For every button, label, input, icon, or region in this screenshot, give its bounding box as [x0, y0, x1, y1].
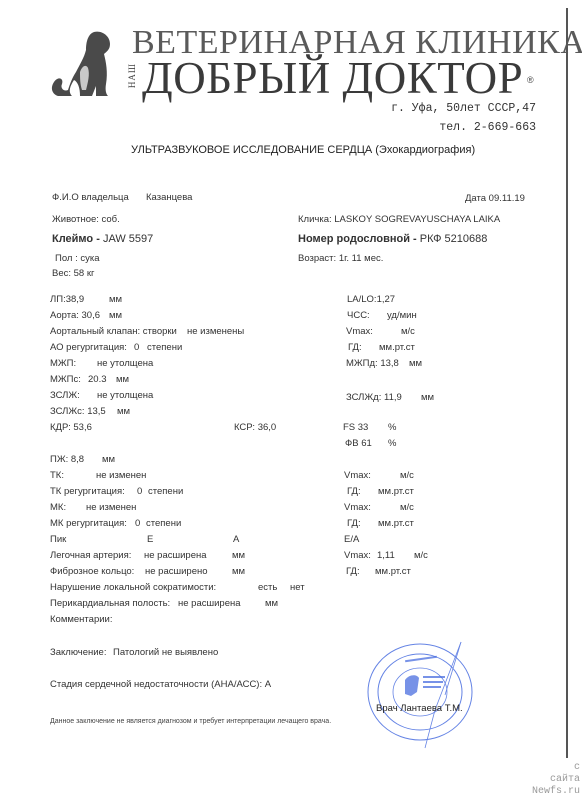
fv-value: ФВ 61 — [345, 438, 372, 449]
contract-yes: есть — [258, 582, 277, 593]
owner-value: Казанцева — [146, 192, 192, 203]
hr-label: ЧСС: — [347, 310, 370, 321]
hr-unit: уд/мин — [387, 310, 417, 321]
conclusion-label: Заключение: — [50, 647, 106, 658]
mzhpd-value: МЖПд: 13,8 — [346, 358, 399, 369]
brand-value: JAW 5597 — [103, 233, 153, 245]
mk-regurg-unit: степени — [146, 518, 181, 529]
zslzhs-unit: мм — [117, 406, 130, 417]
aortic-valve-value: не изменены — [187, 326, 244, 337]
document-title: УЛЬТРАЗВУКОВОЕ ИССЛЕДОВАНИЕ СЕРДЦА (Эхок… — [131, 144, 475, 156]
ao-regurg-value: 0 — [134, 342, 139, 353]
pzh-value: ПЖ: 8,8 — [50, 454, 84, 465]
fv-unit: % — [388, 438, 396, 449]
gd4-label: ГД: — [346, 566, 360, 577]
zslzhd-value: ЗСЛЖд: 11,9 — [346, 392, 402, 403]
la-lo-value: LA/LO:1,27 — [347, 294, 395, 305]
fk-label: Фиброзное кольцо: — [50, 566, 134, 577]
gd2-unit: мм.рт.ст — [378, 486, 414, 497]
vmax2-label: Vmax: — [344, 470, 371, 481]
watermark-line2: сайта — [550, 774, 580, 785]
ksr-value: КСР: 36,0 — [234, 422, 276, 433]
aorta-unit: мм — [109, 310, 122, 321]
gd2-label: ГД: — [347, 486, 361, 497]
conclusion-value: Патологий не выявлено — [113, 647, 218, 658]
clinic-address: г. Уфа, 50лет СССР,47 — [391, 102, 536, 115]
mk-label: МК: — [50, 502, 66, 513]
tk-regurg-unit: степени — [148, 486, 183, 497]
clinic-round-stamp-icon — [365, 640, 475, 750]
hf-stage: Стадия сердечной недостаточности (АНА/АС… — [50, 679, 271, 690]
dog-cat-silhouette-icon — [50, 28, 114, 100]
comments-label: Комментарии: — [50, 614, 112, 625]
pericard-label: Перикардиальная полость: — [50, 598, 170, 609]
ao-regurg-label: АО регургитация: — [50, 342, 127, 353]
kdr-value: КДР: 53,6 — [50, 422, 92, 433]
disclaimer: Данное заключение не является диагнозом … — [50, 718, 331, 725]
pericard-value: не расширена — [178, 598, 241, 609]
clinic-phone: тел. 2-669-663 — [439, 121, 536, 134]
zslzh-value: не утолщена — [97, 390, 153, 401]
mk-regurg-label: МК регургитация: — [50, 518, 127, 529]
vmax2-unit: м/с — [400, 470, 414, 481]
fk-value: не расширено — [145, 566, 208, 577]
vmax3-label: Vmax: — [344, 502, 371, 513]
pzh-unit: мм — [102, 454, 115, 465]
exam-date: Дата 09.11.19 — [465, 193, 525, 204]
brand-label: Клеймо - — [52, 233, 103, 245]
gd1-unit: мм.рт.ст — [379, 342, 415, 353]
watermark-line3: Newfs.ru — [532, 786, 580, 797]
mzhpd-unit: мм — [409, 358, 422, 369]
peak-e: E — [147, 534, 153, 545]
fs-value: FS 33 — [343, 422, 368, 433]
aorta-value: Аорта: 30,6 — [50, 310, 100, 321]
gd1-label: ГД: — [348, 342, 362, 353]
tk-value: не изменен — [96, 470, 146, 481]
mzhp-label: МЖП: — [50, 358, 76, 369]
pa-unit: мм — [232, 550, 245, 561]
lp-unit: мм — [109, 294, 122, 305]
pericard-unit: мм — [265, 598, 278, 609]
vmax1-label: Vmax: — [346, 326, 373, 337]
gd3-label: ГД: — [347, 518, 361, 529]
registered-mark: ® — [527, 75, 534, 85]
vmax4-unit: м/с — [414, 550, 428, 561]
age: Возраст: 1г. 11 мес. — [298, 253, 383, 264]
clinic-name-prefix: НАШ — [127, 63, 137, 88]
zslzhd-unit: мм — [421, 392, 434, 403]
contract-label: Нарушение локальной сократимости: — [50, 582, 216, 593]
gd3-unit: мм.рт.ст — [378, 518, 414, 529]
tk-regurg-value: 0 — [137, 486, 142, 497]
tk-label: ТК: — [50, 470, 64, 481]
zslzh-label: ЗСЛЖ: — [50, 390, 80, 401]
peak-label: Пик — [50, 534, 66, 545]
zslzhs-value: ЗСЛЖс: 13,5 — [50, 406, 106, 417]
vmax4-value: 1,11 — [377, 550, 395, 561]
mk-regurg-value: 0 — [135, 518, 140, 529]
vmax3-unit: м/с — [400, 502, 414, 513]
gd4-unit: мм.рт.ст — [375, 566, 411, 577]
ea-label: E/A — [344, 534, 359, 545]
brand-field: Клеймо - JAW 5597 — [52, 233, 153, 245]
sex: Пол : сука — [55, 253, 100, 264]
owner-label: Ф.И.О владельца — [52, 192, 129, 203]
mzhps-value: 20.3 — [88, 374, 107, 385]
clinic-name-line2: ДОБРЫЙ ДОКТОР — [142, 52, 523, 104]
pedigree-label: Номер родословной - — [298, 233, 420, 245]
doctor-signature: Врач Лантаева Т.М. — [376, 703, 463, 714]
lp-value: ЛП:38,9 — [50, 294, 84, 305]
pa-label: Легочная артерия: — [50, 550, 131, 561]
pedigree-value: РКФ 5210688 — [420, 233, 488, 245]
vmax4-label: Vmax: — [344, 550, 371, 561]
pet-name: Кличка: LASKOY SOGREVAYUSCHAYA LAIKA — [298, 214, 500, 225]
vmax1-unit: м/с — [401, 326, 415, 337]
fs-unit: % — [388, 422, 396, 433]
mk-value: не изменен — [86, 502, 136, 513]
ao-regurg-unit: степени — [147, 342, 182, 353]
watermark-line1: с — [574, 762, 580, 773]
pa-value: не расширена — [144, 550, 207, 561]
fk-unit: мм — [232, 566, 245, 577]
mzhps-unit: мм — [116, 374, 129, 385]
pedigree-field: Номер родословной - РКФ 5210688 — [298, 233, 487, 245]
peak-a: A — [233, 534, 239, 545]
weight: Вес: 58 кг — [52, 268, 94, 279]
contract-no: нет — [290, 582, 305, 593]
scan-edge-line — [566, 8, 568, 758]
mzhp-value: не утолщена — [97, 358, 153, 369]
aortic-valve-label: Аортальный клапан: створки — [50, 326, 177, 337]
tk-regurg-label: ТК регургитация: — [50, 486, 125, 497]
animal-type: Животное: соб. — [52, 214, 120, 225]
mzhps-label: МЖПс: — [50, 374, 81, 385]
